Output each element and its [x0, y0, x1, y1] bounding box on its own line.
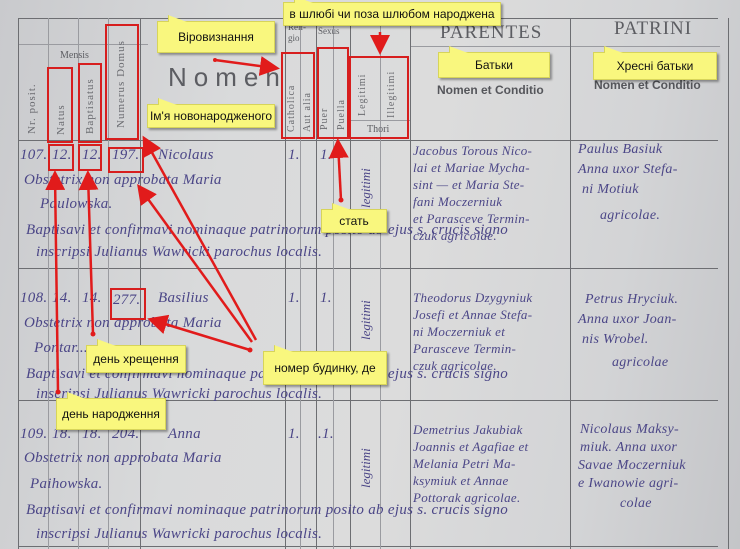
- sexus-header: Sexus: [318, 26, 340, 36]
- birth-day: 14.: [52, 290, 72, 307]
- nr-posit-header: Nr. posit.: [26, 62, 38, 134]
- highlight-natus-column: [47, 67, 73, 143]
- midwife-line: Obstetrix non approbata Maria: [24, 450, 222, 467]
- register-page-photo: Mensis Nr. posit. Natus Baptisatus Numer…: [0, 0, 740, 549]
- entry-number: 108.: [20, 290, 47, 307]
- entry-number: 109.: [20, 426, 47, 443]
- godparents-line: nis Wrobel.: [582, 332, 649, 348]
- sex-mark: 1.: [320, 290, 332, 307]
- midwife-line: Pontar...: [34, 340, 88, 357]
- parents-line: Joannis et Agafiae et: [413, 439, 528, 455]
- parents-line: Melania Petri Ma-: [413, 456, 516, 472]
- note-parents: Батьки: [438, 52, 550, 78]
- col-line: [728, 18, 729, 549]
- baptism-note-line: inscripsi Julianus Wawricki parochus loc…: [36, 526, 322, 543]
- note-house-number: номер будинку, де: [263, 351, 387, 385]
- legitimacy-mark: legitimi: [358, 148, 374, 208]
- header-divider: [410, 46, 720, 47]
- parents-line: Jacobus Torous Nico-: [413, 143, 532, 159]
- col-line: [570, 18, 571, 549]
- note-sex: стать: [321, 209, 387, 233]
- legitimacy-mark: legitimi: [358, 422, 374, 488]
- nomen-header: Nomen: [168, 62, 287, 93]
- child-name: Anna: [168, 426, 201, 443]
- godparents-line: Savae Moczerniuk: [578, 458, 686, 474]
- religion-mark: 1.: [288, 290, 300, 307]
- parents-line: sint — et Maria Ste-: [413, 177, 524, 193]
- row-divider: [18, 546, 718, 547]
- highlight-natus-107: [48, 144, 74, 171]
- parents-line: Pottorak agricolae.: [413, 490, 521, 506]
- sex-mark: .1.: [318, 426, 334, 443]
- godparents-line: ni Motiuk: [582, 182, 639, 198]
- header-bottom-border: [18, 140, 718, 141]
- note-godparents: Хресні батьки: [593, 52, 717, 80]
- baptism-day: 14.: [82, 290, 102, 307]
- godparents-line: Nicolaus Maksy-: [580, 422, 679, 438]
- baptism-note-line: inscripsi Julianus Wawricki parochus loc…: [36, 244, 322, 261]
- legitimacy-mark: legitimi: [358, 284, 374, 340]
- entry-number: 107.: [20, 147, 47, 164]
- parentes-subheader: Nomen et Conditio: [437, 83, 544, 97]
- parents-line: fani Moczerniuk: [413, 194, 502, 210]
- parents-line: Theodorus Dzygyniuk: [413, 290, 532, 306]
- parents-line: ksymiuk et Annae: [413, 473, 509, 489]
- note-legitimacy: в шлюбі чи поза шлюбом народжена: [283, 2, 501, 26]
- midwife-line: Paulowska.: [40, 196, 113, 213]
- godparents-line: e Iwanowie agri-: [578, 476, 678, 492]
- highlight-religion-column: [281, 52, 315, 139]
- row-divider: [18, 268, 718, 269]
- godparents-line: miuk. Anna uxor: [580, 440, 677, 456]
- religion-mark: 1.: [288, 147, 300, 164]
- parents-line: lai et Mariae Mycha-: [413, 160, 530, 176]
- col-line: [410, 18, 411, 549]
- child-name: Basilius: [158, 290, 209, 307]
- highlight-baptisatus-107: [78, 144, 102, 171]
- highlight-domus-107: [108, 147, 144, 173]
- col-line: [18, 18, 19, 549]
- mensis-header: Mensis: [60, 50, 89, 61]
- patrini-subheader: Nomen et Conditio: [594, 78, 701, 92]
- note-religion: Віровизнання: [157, 21, 275, 53]
- godparents-line: Anna uxor Stefa-: [578, 162, 678, 178]
- patrini-header: PATRINI: [614, 18, 692, 40]
- religion-mark: 1.: [288, 426, 300, 443]
- godparents-line: colae: [620, 496, 652, 512]
- highlight-legitimacy-column: [349, 56, 409, 139]
- parents-line: Josefi et Annae Stefa-: [413, 307, 532, 323]
- highlight-sex-column: [317, 47, 349, 139]
- note-newborn-name: Ім'я новонародженого: [147, 104, 275, 128]
- midwife-line: Obstetrix non approbata Maria: [24, 172, 222, 189]
- col-line: [140, 18, 141, 549]
- godparents-line: Paulus Basiuk: [578, 142, 662, 158]
- parents-line: Demetrius Jakubiak: [413, 422, 523, 438]
- midwife-line: Paihowska.: [30, 476, 103, 493]
- godparents-line: Petrus Hryciuk.: [585, 292, 678, 308]
- parents-line: ni Moczerniuk et: [413, 324, 505, 340]
- child-name: Nicolaus: [158, 147, 214, 164]
- godparents-line: agricolae: [612, 355, 668, 371]
- note-baptism-day: день хрещення: [86, 345, 186, 373]
- parents-line: et Parasceve Termin-: [413, 211, 530, 227]
- parents-line: Parasceve Termin-: [413, 341, 516, 357]
- note-birth-day: день народження: [56, 398, 166, 430]
- sex-mark: 1.: [320, 147, 332, 164]
- parents-line: czuk agricolae.: [413, 358, 497, 374]
- parents-line: czuk agricolae.: [413, 228, 497, 244]
- godparents-line: agricolae.: [600, 208, 660, 224]
- highlight-baptisatus-column: [78, 63, 102, 143]
- highlight-domus-column: [105, 24, 139, 140]
- highlight-domus-108: [110, 288, 146, 320]
- godparents-line: Anna uxor Joan-: [578, 312, 677, 328]
